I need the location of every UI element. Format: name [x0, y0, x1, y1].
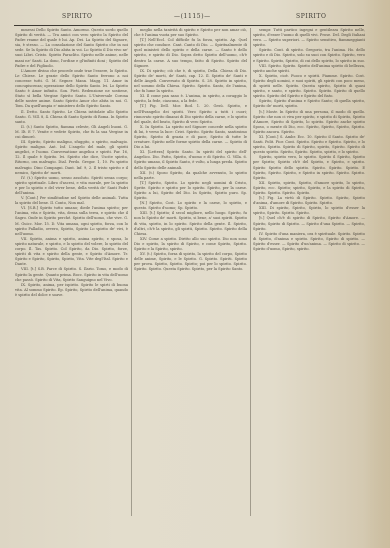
paragraph: XII. Spirito, spirito, Spirito, d'amore … [253, 181, 365, 196]
paragraph: XIII. [t.] Spirito; il secol migliore, n… [134, 211, 247, 236]
paragraph: VIII. [t.] S.B. Parce di Spirito. S. Ila… [15, 267, 128, 282]
page-header: SPIRITO —(1115)— SPIRITO [14, 13, 368, 23]
paragraph: mmessi Dello Spirito Santo. Amormo. Ques… [15, 28, 128, 69]
text-column-1: mmessi Dello Spirito Santo. Amormo. Ques… [15, 28, 128, 518]
paragraph: IX. Di spirito; ciò che è, di spirito, D… [134, 69, 247, 94]
paragraph: [N.] Spirito, Cost. Lo spirito e la carn… [134, 201, 247, 211]
column-divider [131, 28, 132, 516]
paragraph: X. Spirito, cioè. Fuoco e spiriti. Fiamm… [253, 74, 365, 99]
paragraph: XI. [Lettera] Spirito Santo. In spiriti … [134, 150, 247, 170]
paragraph: meglio nella tanività di spirito e Spiri… [134, 28, 247, 38]
paragraph: IV. Spirito d'una maniera, ora è spiritu… [253, 232, 365, 252]
paragraph: VII. Spirito, anima e spirito, anima spi… [15, 237, 128, 268]
text-column-3: sempr. Tutti partico ingegni e gentilezz… [253, 28, 365, 518]
paragraph: XI. Il come pan sano è. L'anima, in spir… [134, 94, 247, 104]
scanned-dictionary-page: SPIRITO —(1115)— SPIRITO mmessi Dello Sp… [0, 0, 390, 548]
header-rule [14, 25, 364, 26]
left-running-headword: SPIRITO [62, 13, 93, 20]
page-edge-shadow [364, 0, 390, 548]
paragraph: XIV. Come a spirito. Diritto allo suo sp… [134, 237, 247, 252]
paragraph: XV. (t.) Spirito, forza di spirito, la s… [134, 252, 247, 272]
paragraph: V. [Cont.] Per similitudine nel Spirito … [15, 196, 128, 206]
paragraph: [T.] Nell'Eccl. Col difficile fu la forz… [134, 38, 247, 69]
paragraph: X. In Spirito. La spirito nel Signore co… [134, 125, 247, 150]
paragraph: sempr. Tutti partico ingegni e gentilezz… [253, 28, 365, 48]
paragraph: [T.] Spirito, Spirito. Lo spirito negli … [134, 181, 247, 201]
paragraph: [t.] Mostr. In Spirito di una persona, i… [253, 110, 365, 135]
paragraph: III. Spirito, Spirito maligno, sfuggito,… [15, 140, 128, 176]
paragraph: II. (t.) Santo Spirito, fiamma celeste, … [15, 125, 128, 140]
paragraph: [T.] Fig. Dell. Mor. Bod. 1. 20. Gesù. S… [134, 104, 247, 124]
column-divider [250, 28, 251, 516]
paragraph: Spirito, Spirito d'anima e Spirito Santo… [253, 99, 365, 109]
paragraph: [t.] Fig. La virtù di Spirito. Spirito. … [253, 196, 365, 206]
paragraph: VIII. Spirito. Spirito. Spirito dell'ani… [253, 64, 365, 74]
paragraph: IX. Spirito, anima, per ispirito. Spirit… [15, 283, 128, 298]
paragraph: [t.] Quel ch'è di spirito di Spirito, Sp… [253, 216, 365, 231]
paragraph: XII. (t.) Sposo Spirito, da qualche avve… [134, 171, 247, 181]
paragraph: XI. [Cont.] S. Ambr. Ecc. 10. Spirito il… [253, 135, 365, 155]
paragraph: XIII. Di spirito, Spirito, Spirito, lo s… [253, 206, 365, 216]
paragraph: Il. Detto. Santo Spirito. Le Chiesa inti… [15, 110, 128, 125]
page-number: —(1115)— [174, 13, 211, 20]
paragraph: Spirito. Cont. di spirito. Gregorio, tra… [253, 48, 365, 63]
paragraph: L'Amore divino che procede onde trae l'e… [15, 69, 128, 110]
paragraph: IV. (t.) Spirito uomo, senso assoluto. S… [15, 176, 128, 196]
paragraph: Spirito, spirito vero, lo spirito. Spiri… [253, 155, 365, 180]
paragraph: VI. [S.B.] Spirito tutto umano; diede l'… [15, 206, 128, 237]
text-column-2: meglio nella tanività di spirito e Spiri… [134, 28, 247, 518]
right-running-headword: SPIRITO [296, 13, 327, 20]
